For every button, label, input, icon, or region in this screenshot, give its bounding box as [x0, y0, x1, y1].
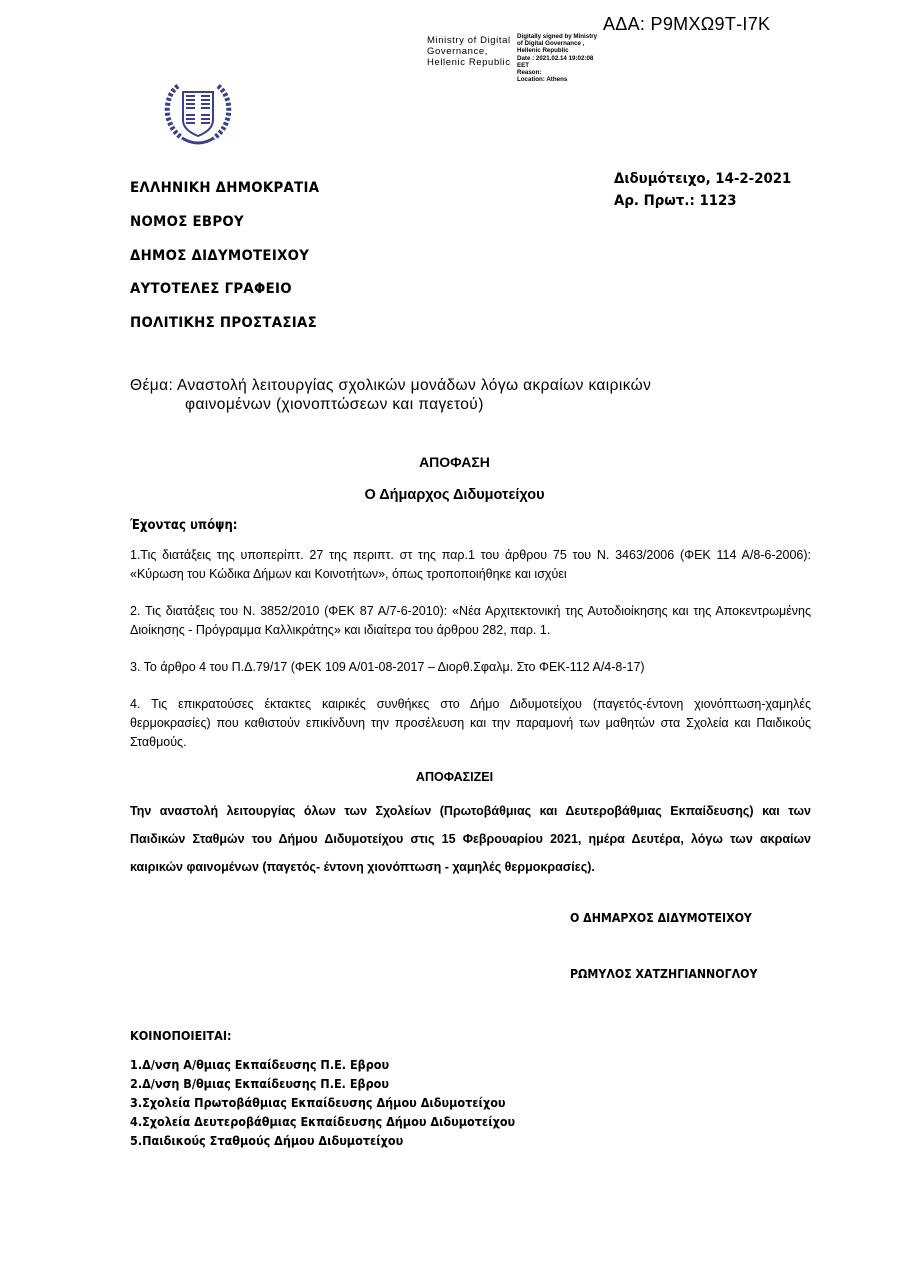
distribution-item: 2.Δ/νση Β/θμιας Εκπαίδευσης Π.Ε. Εβρου: [130, 1074, 515, 1093]
header-line: ΔΗΜΟΣ ΔΙΔΥΜΟΤΕΙΧΟΥ: [130, 248, 309, 264]
signature-line: Hellenic Republic: [427, 57, 511, 68]
distribution-list: 1.Δ/νση Α/θμιας Εκπαίδευσης Π.Ε. Εβρου 2…: [130, 1055, 515, 1150]
signature-detail: Digitally signed by Ministry: [517, 33, 597, 40]
header-line: ΠΟΛΙΤΙΚΗΣ ΠΡΟΣΤΑΣΙΑΣ: [130, 315, 317, 331]
consideration-4: 4. Τις επικρατούσες έκτακτες καιρικές συ…: [130, 695, 811, 752]
greek-emblem-icon: [160, 74, 236, 150]
subject-line-2: φαινομένων (χιονοπτώσεων και παγετού): [130, 395, 651, 414]
digital-signature-details: Digitally signed by Ministry of Digital …: [517, 33, 597, 83]
consideration-2: 2. Τις διατάξεις του Ν. 3852/2010 (ΦΕΚ 8…: [130, 602, 811, 640]
signatory-name: ΡΩΜΥΛΟΣ ΧΑΤΖΗΓΙΑΝΝΟΓΛΟΥ: [570, 966, 757, 981]
subject: Θέμα: Αναστολή λειτουργίας σχολικών μονά…: [130, 376, 651, 414]
consideration-3: 3. Το άρθρο 4 του Π.Δ.79/17 (ΦΕΚ 109 Α/0…: [130, 658, 811, 677]
distribution-item: 4.Σχολεία Δευτεροβάθμιας Εκπαίδευσης Δήμ…: [130, 1112, 515, 1131]
digital-signature-label: Ministry of Digital Governance, Hellenic…: [427, 35, 511, 68]
subject-line-1: Θέμα: Αναστολή λειτουργίας σχολικών μονά…: [130, 376, 651, 395]
protocol-number: Αρ. Πρωτ.: 1123: [614, 190, 791, 212]
header-line: ΕΛΛΗΝΙΚΗ ΔΗΜΟΚΡΑΤΙΑ: [130, 180, 319, 196]
distribution-item: 3.Σχολεία Πρωτοβάθμιας Εκπαίδευσης Δήμου…: [130, 1093, 515, 1112]
consideration-1: 1.Τις διατάξεις της υποπερίπτ. 27 της πε…: [130, 546, 811, 584]
decision-title: ΑΠΟΦΑΣΗ: [0, 454, 909, 470]
date-block: Διδυμότειχο, 14-2-2021 Αρ. Πρωτ.: 1123: [614, 168, 791, 212]
signature-detail: of Digital Governance ,: [517, 40, 597, 47]
decision-text: Την αναστολή λειτουργίας όλων των Σχολεί…: [130, 797, 811, 881]
signature-detail: Location: Athens: [517, 76, 597, 83]
decides-title: ΑΠΟΦΑΣΙΖΕΙ: [0, 770, 909, 784]
distribution-item: 1.Δ/νση Α/θμιας Εκπαίδευσης Π.Ε. Εβρου: [130, 1055, 515, 1074]
signature-detail: Date : 2021.02.14 19:02:08: [517, 55, 597, 62]
distribution-item: 5.Παιδικούς Σταθμούς Δήμου Διδυμοτείχου: [130, 1131, 515, 1150]
signatory-title: Ο ΔΗΜΑΡΧΟΣ ΔΙΔΥΜΟΤΕΙΧΟΥ: [570, 910, 752, 925]
issuer: Ο Δήμαρχος Διδυμοτείχου: [0, 487, 909, 503]
signature-line: Ministry of Digital: [427, 35, 511, 46]
signature-detail: EET: [517, 62, 597, 69]
considering-heading: Έχοντας υπόψη:: [130, 518, 237, 533]
ada-code: ΑΔΑ: Ρ9ΜΧΩ9Τ-Ι7Κ: [603, 14, 770, 35]
signature-detail: Hellenic Republic: [517, 47, 597, 54]
header-line: ΑΥΤΟΤΕΛΕΣ ΓΡΑΦΕΙΟ: [130, 281, 292, 297]
document-date: Διδυμότειχο, 14-2-2021: [614, 168, 791, 190]
signature-line: Governance,: [427, 46, 511, 57]
signature-detail: Reason:: [517, 69, 597, 76]
distribution-title: ΚΟΙΝΟΠΟΙΕΙΤΑΙ:: [130, 1028, 232, 1043]
header-line: ΝΟΜΟΣ ΕΒΡΟΥ: [130, 214, 244, 230]
